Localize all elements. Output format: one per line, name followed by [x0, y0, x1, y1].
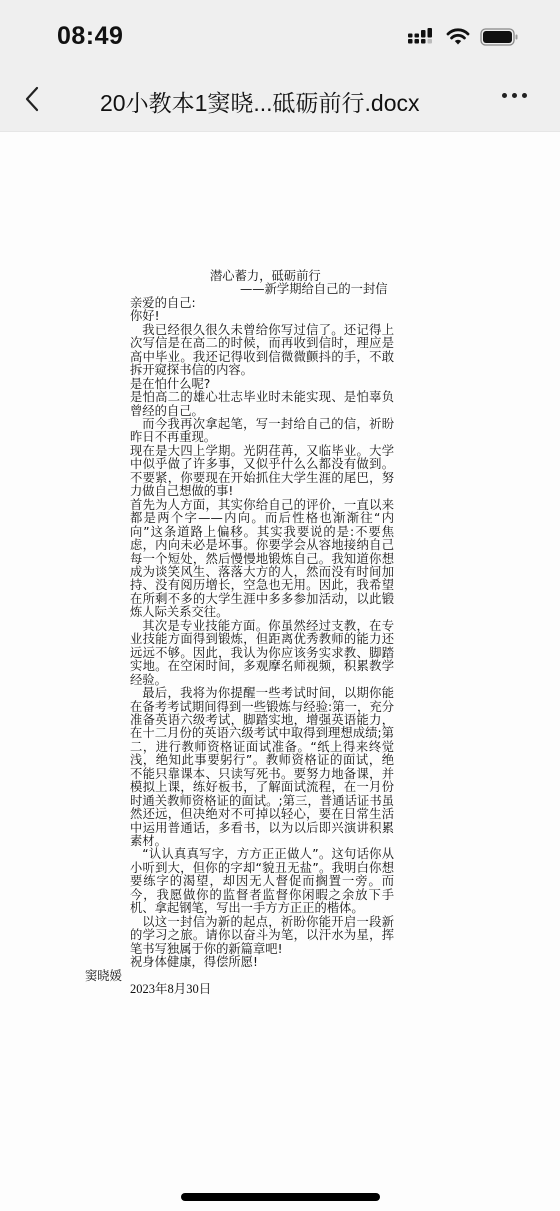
paragraph: 我已经很久很久未曾给你写过信了。还记得上次写信是在高二的时候，而再收到信时，理应…: [130, 324, 394, 378]
paragraph: 祝身体健康，得偿所愿!: [130, 956, 394, 969]
ellipsis-icon-dot: [512, 93, 517, 98]
document-body: 潜心蓄力，砥砺前行 ——新学期给自己的一封信 亲爱的自己: 你好! 我已经很久很…: [130, 270, 394, 996]
paragraph: 首先为人方面，其实你给自己的评价，一直以来都是两个字——内向。而后性格也渐渐往“…: [130, 499, 394, 620]
ellipsis-icon-dot: [522, 93, 527, 98]
paragraph: 是怕高二的雄心壮志毕业时未能实现、是怕辜负曾经的自己。: [130, 391, 394, 418]
wifi-icon: [446, 28, 470, 46]
status-time: 08:49: [57, 22, 123, 51]
signature-name: 窦晓媛: [85, 969, 122, 983]
battery-icon: [480, 27, 520, 47]
paragraph: 现在是大四上学期。光阴荏苒，又临毕业。大学中似乎做了许多事，又似乎什么么都没有做…: [130, 445, 394, 499]
back-chevron-icon[interactable]: [18, 82, 48, 116]
paragraph: 而今我再次拿起笔，写一封给自己的信，祈盼昨日不再重现。: [130, 418, 394, 445]
paragraph: “认认真真写字，方方正正做人”。这句话你从小听到大，但你的字却“貌丑无盐”。我明…: [130, 848, 394, 915]
top-bar: 08:49 20小教本1窦晓...砥砺前行.docx: [0, 0, 560, 132]
paragraph: 亲爱的自己:: [130, 297, 394, 310]
home-indicator[interactable]: [181, 1193, 380, 1201]
status-icons: [408, 26, 520, 48]
more-options-button[interactable]: [502, 93, 527, 98]
paragraph: 以这一封信为新的起点，祈盼你能开启一段新的学习之旅。请你以奋斗为笔，以汗水为星，…: [130, 916, 394, 956]
document-title: 20小教本1窦晓...砥砺前行.docx: [100, 85, 420, 118]
paragraph: 最后，我将为你提醒一些考试时间，以期你能在备考考试期间得到一些锻炼与经验:第一，…: [130, 687, 394, 848]
paragraph: 其次是专业技能方面。你虽然经过支教，在专业技能方面得到锻炼，但距离优秀教师的能力…: [130, 620, 394, 687]
doc-subtitle: ——新学期给自己的一封信: [130, 283, 394, 296]
paragraph: 你好!: [130, 310, 394, 323]
letter-date: 2023年8月30日: [130, 983, 394, 996]
ellipsis-icon-dot: [502, 93, 507, 98]
signature: 窦晓媛: [130, 970, 394, 983]
cellular-signal-icon: [408, 28, 436, 46]
